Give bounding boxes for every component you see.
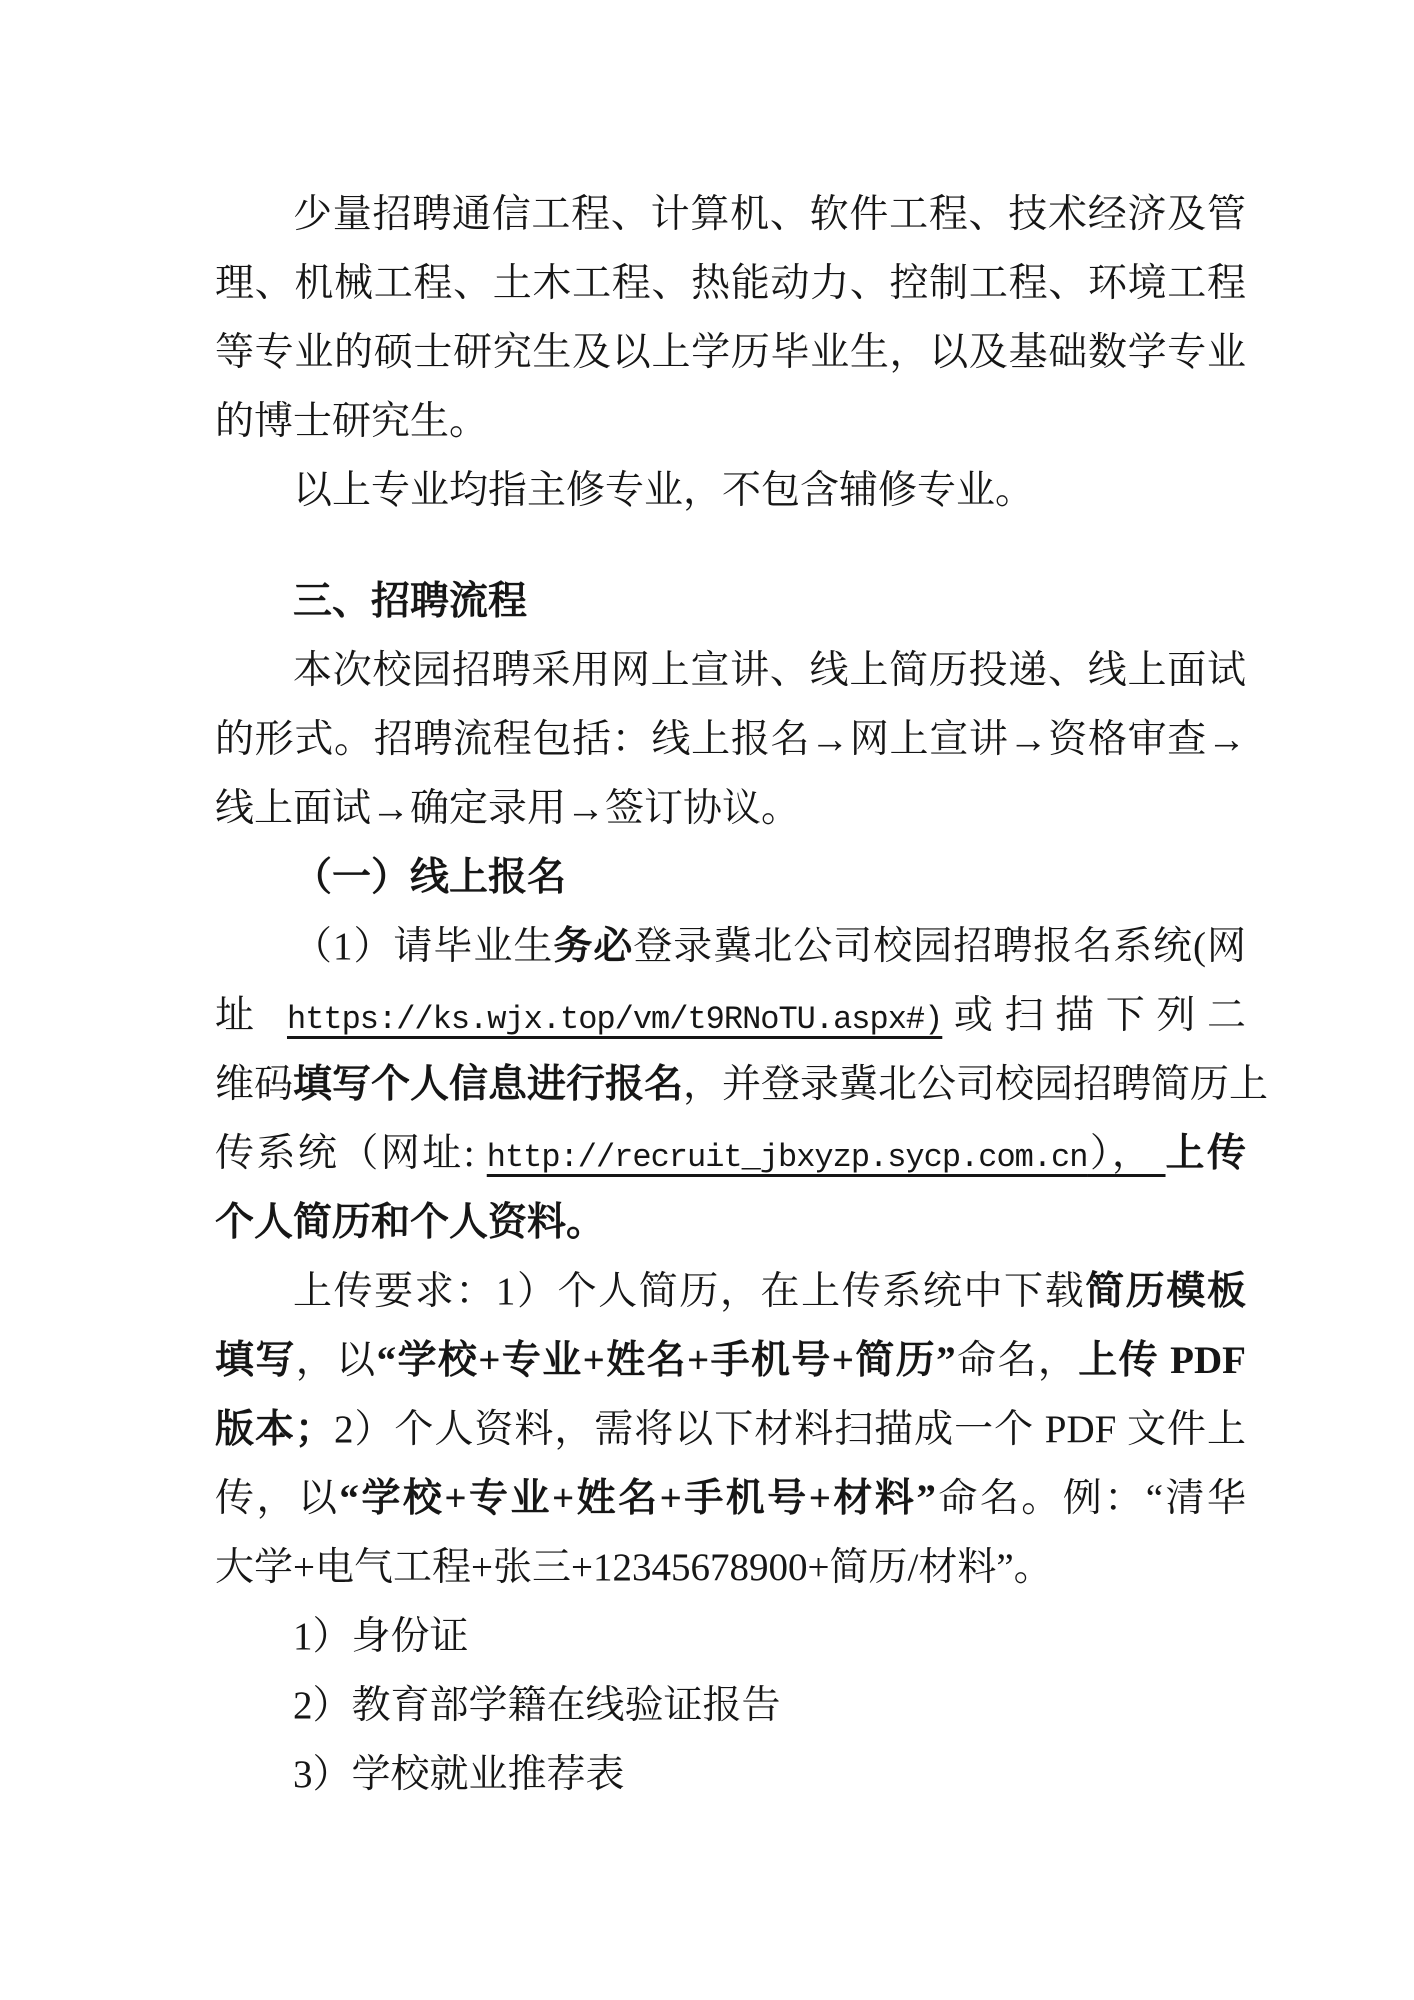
emphasis-text: 上传 [1166, 1132, 1246, 1175]
registration-paragraph-line-4: 传系统（网址: http://recruit_jbxyzp.sycp.com.c… [215, 1119, 1246, 1188]
major-note-paragraph: 以上专业均指主修专业，不包含辅修专业。 [215, 456, 1246, 525]
upload-requirements-line-5: 大学+电气工程+张三+12345678900+简历/材料”。 [215, 1533, 1246, 1602]
body-text: 的博士研究生。 [215, 400, 488, 443]
body-text: 的形式。招聘流程包括：线上报名→网上宣讲→资格审查→ [215, 718, 1246, 761]
process-paragraph-line-1: 本次校园招聘采用网上宣讲、线上简历投递、线上面试 [215, 636, 1246, 705]
majors-paragraph-line-3: 等专业的硕士研究生及以上学历毕业生，以及基础数学专业 [215, 318, 1246, 387]
upload-requirements-line-1: 上传要求：1）个人简历，在上传系统中下载简历模板 [215, 1257, 1246, 1326]
emphasis-text: 个人简历和个人资料。 [215, 1201, 605, 1244]
body-text: 理、机械工程、土木工程、热能动力、控制工程、环境工程 [215, 262, 1246, 305]
emphasis-text: “学校+专业+姓名+手机号+简历” [377, 1339, 956, 1382]
emphasis-text: “学校+专业+姓名+手机号+材料” [339, 1477, 935, 1520]
body-text: 2）教育部学籍在线验证报告 [293, 1684, 781, 1727]
body-text: （1）请毕业生 [293, 925, 553, 968]
emphasis-text: 填写 [215, 1339, 296, 1382]
process-paragraph-line-2: 的形式。招聘流程包括：线上报名→网上宣讲→资格审查→ [215, 705, 1246, 774]
majors-paragraph-line-2: 理、机械工程、土木工程、热能动力、控制工程、环境工程 [215, 249, 1246, 318]
body-text: 传系统（网址: [215, 1132, 487, 1175]
body-text: 大学+电气工程+张三+12345678900+简历/材料”。 [215, 1546, 1053, 1589]
body-text: 本次校园招聘采用网上宣讲、线上简历投递、线上面试 [293, 649, 1246, 692]
material-list-item-recommendation-form: 3）学校就业推荐表 [215, 1740, 1246, 1809]
emphasis-text: 上传 PDF [1078, 1339, 1246, 1382]
body-text: 上传要求：1）个人简历，在上传系统中下载 [293, 1270, 1085, 1313]
underlined-text: ）， [1087, 1132, 1165, 1175]
body-text: 少量招聘通信工程、计算机、软件工程、技术经济及管 [293, 193, 1246, 236]
body-text: 传，以 [215, 1477, 339, 1520]
emphasis-text: 版本； [215, 1408, 334, 1451]
registration-system-url-link[interactable]: https://ks.wjx.top/vm/t9RNoTU.aspx#) [287, 1001, 942, 1038]
subsection-heading-online-registration: （一）线上报名 [215, 843, 1246, 912]
resume-upload-url-link[interactable]: http://recruit_jbxyzp.sycp.com.cn [487, 1139, 1088, 1176]
emphasis-text: 简历模板 [1085, 1270, 1246, 1313]
registration-paragraph-line-1: （1）请毕业生务必登录冀北公司校园招聘报名系统(网 [215, 912, 1246, 981]
emphasis-text: 务必 [553, 925, 633, 968]
heading-text: （一）线上报名 [293, 856, 566, 899]
body-text: 以上专业均指主修专业，不包含辅修专业。 [293, 469, 1034, 512]
upload-requirements-line-4: 传，以“学校+专业+姓名+手机号+材料”命名。例：“清华 [215, 1464, 1246, 1533]
emphasis-text: 填写个人信息进行报名 [293, 1063, 683, 1106]
upload-requirements-line-3: 版本；2）个人资料，需将以下材料扫描成一个 PDF 文件上 [215, 1395, 1246, 1464]
body-text: 线上面试→确定录用→签订协议。 [215, 787, 800, 830]
body-text: 3）学校就业推荐表 [293, 1753, 625, 1796]
registration-paragraph-line-2: 址 https://ks.wjx.top/vm/t9RNoTU.aspx#)或扫… [215, 981, 1246, 1050]
body-text: 登录冀北公司校园招聘报名系统(网 [633, 925, 1246, 968]
majors-paragraph-line-4: 的博士研究生。 [215, 387, 1246, 456]
registration-paragraph-line-3: 维码填写个人信息进行报名，并登录冀北公司校园招聘简历上 [215, 1050, 1246, 1119]
body-text: 维码 [215, 1063, 293, 1106]
material-list-item-enrollment-report: 2）教育部学籍在线验证报告 [215, 1671, 1246, 1740]
document-page: 少量招聘通信工程、计算机、软件工程、技术经济及管 理、机械工程、土木工程、热能动… [0, 0, 1414, 2000]
upload-requirements-line-2: 填写，以“学校+专业+姓名+手机号+简历”命名，上传 PDF [215, 1326, 1246, 1395]
material-list-item-id-card: 1）身份证 [215, 1602, 1246, 1671]
majors-paragraph-line-1: 少量招聘通信工程、计算机、软件工程、技术经济及管 [215, 180, 1246, 249]
body-text: 或扫描下列二 [942, 994, 1246, 1037]
section-heading-recruitment-process: 三、招聘流程 [215, 567, 1246, 636]
process-paragraph-line-3: 线上面试→确定录用→签订协议。 [215, 774, 1246, 843]
body-text: 命名， [956, 1339, 1079, 1382]
body-text: ，以 [296, 1339, 377, 1382]
body-text: 命名。例：“清华 [936, 1477, 1246, 1520]
heading-text: 三、招聘流程 [293, 580, 527, 623]
body-text: 等专业的硕士研究生及以上学历毕业生，以及基础数学专业 [215, 331, 1246, 374]
body-text: 2）个人资料，需将以下材料扫描成一个 PDF 文件上 [334, 1408, 1246, 1451]
body-text: 1）身份证 [293, 1615, 469, 1658]
registration-paragraph-line-5: 个人简历和个人资料。 [215, 1188, 1246, 1257]
body-text: ，并登录冀北公司校园招聘简历上 [683, 1063, 1268, 1106]
body-text: 址 [215, 994, 287, 1037]
